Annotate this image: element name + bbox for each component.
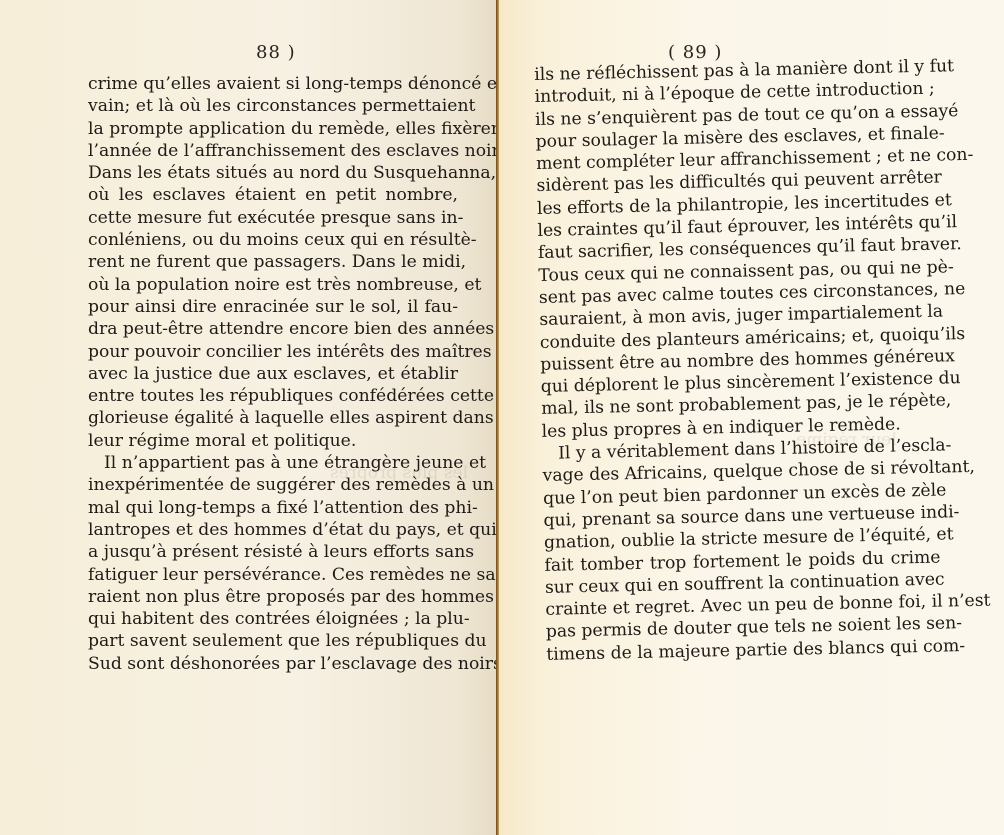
text-line: l’année de l’affranchissement des esclav… <box>88 140 458 162</box>
text-line: pour pouvoir concilier les intérêts des … <box>88 341 458 363</box>
left-page: 88 ) les plus propres crime qu’elles ava… <box>0 0 496 835</box>
text-line: lantropes et des hommes d’état du pays, … <box>88 519 458 541</box>
text-line: a jusqu’à présent résisté à leurs effort… <box>88 541 458 563</box>
text-line: glorieuse égalité à laquelle elles aspir… <box>88 407 458 429</box>
text-line: la prompte application du remède, elles … <box>88 118 458 140</box>
book-gutter <box>496 0 499 835</box>
text-line: Sud sont déshonorées par l’esclavage des… <box>88 653 458 675</box>
text-line: conléniens, ou du moins ceux qui en résu… <box>88 229 458 251</box>
left-page-body: crime qu’elles avaient si long-temps dén… <box>88 73 458 675</box>
text-line: où les esclaves étaient en petit nombre, <box>88 184 458 206</box>
text-line: inexpérimentée de suggérer des remèdes à… <box>88 474 458 496</box>
text-line: avec la justice due aux esclaves, et éta… <box>88 363 458 385</box>
text-line: rent ne furent que passagers. Dans le mi… <box>88 251 458 273</box>
text-line: cette mesure fut exécutée presque sans i… <box>88 207 458 229</box>
text-line: Il n’appartient pas à une étrangère jeun… <box>88 452 458 474</box>
text-line: part savent seulement que les république… <box>88 630 458 652</box>
text-line: leur régime moral et politique. <box>88 430 458 452</box>
text-line: pour ainsi dire enracinée sur le sol, il… <box>88 296 458 318</box>
text-line: Dans les états situés au nord du Susqueh… <box>88 162 458 184</box>
text-line: où la population noire est très nombreus… <box>88 274 458 296</box>
text-line: vain; et là où les circonstances permett… <box>88 95 458 117</box>
text-line: raient non plus être proposés par des ho… <box>88 586 458 608</box>
text-line: qui habitent des contrées éloignées ; la… <box>88 608 458 630</box>
text-line: crime qu’elles avaient si long-temps dén… <box>88 73 458 95</box>
text-line: mal qui long-temps a fixé l’attention de… <box>88 497 458 519</box>
page-number-left: 88 ) <box>256 42 296 63</box>
right-page: ( 89 ) leur régime ils ne réfléchissent … <box>496 0 1004 835</box>
right-page-body: ils ne réfléchissent pas à la manière do… <box>534 56 943 666</box>
text-line: entre toutes les républiques confédérées… <box>88 385 458 407</box>
text-line: dra peut-être attendre encore bien des a… <box>88 318 458 340</box>
book-spread: 88 ) les plus propres crime qu’elles ava… <box>0 0 1004 835</box>
text-line: fatiguer leur persévérance. Ces remèdes … <box>88 564 458 586</box>
